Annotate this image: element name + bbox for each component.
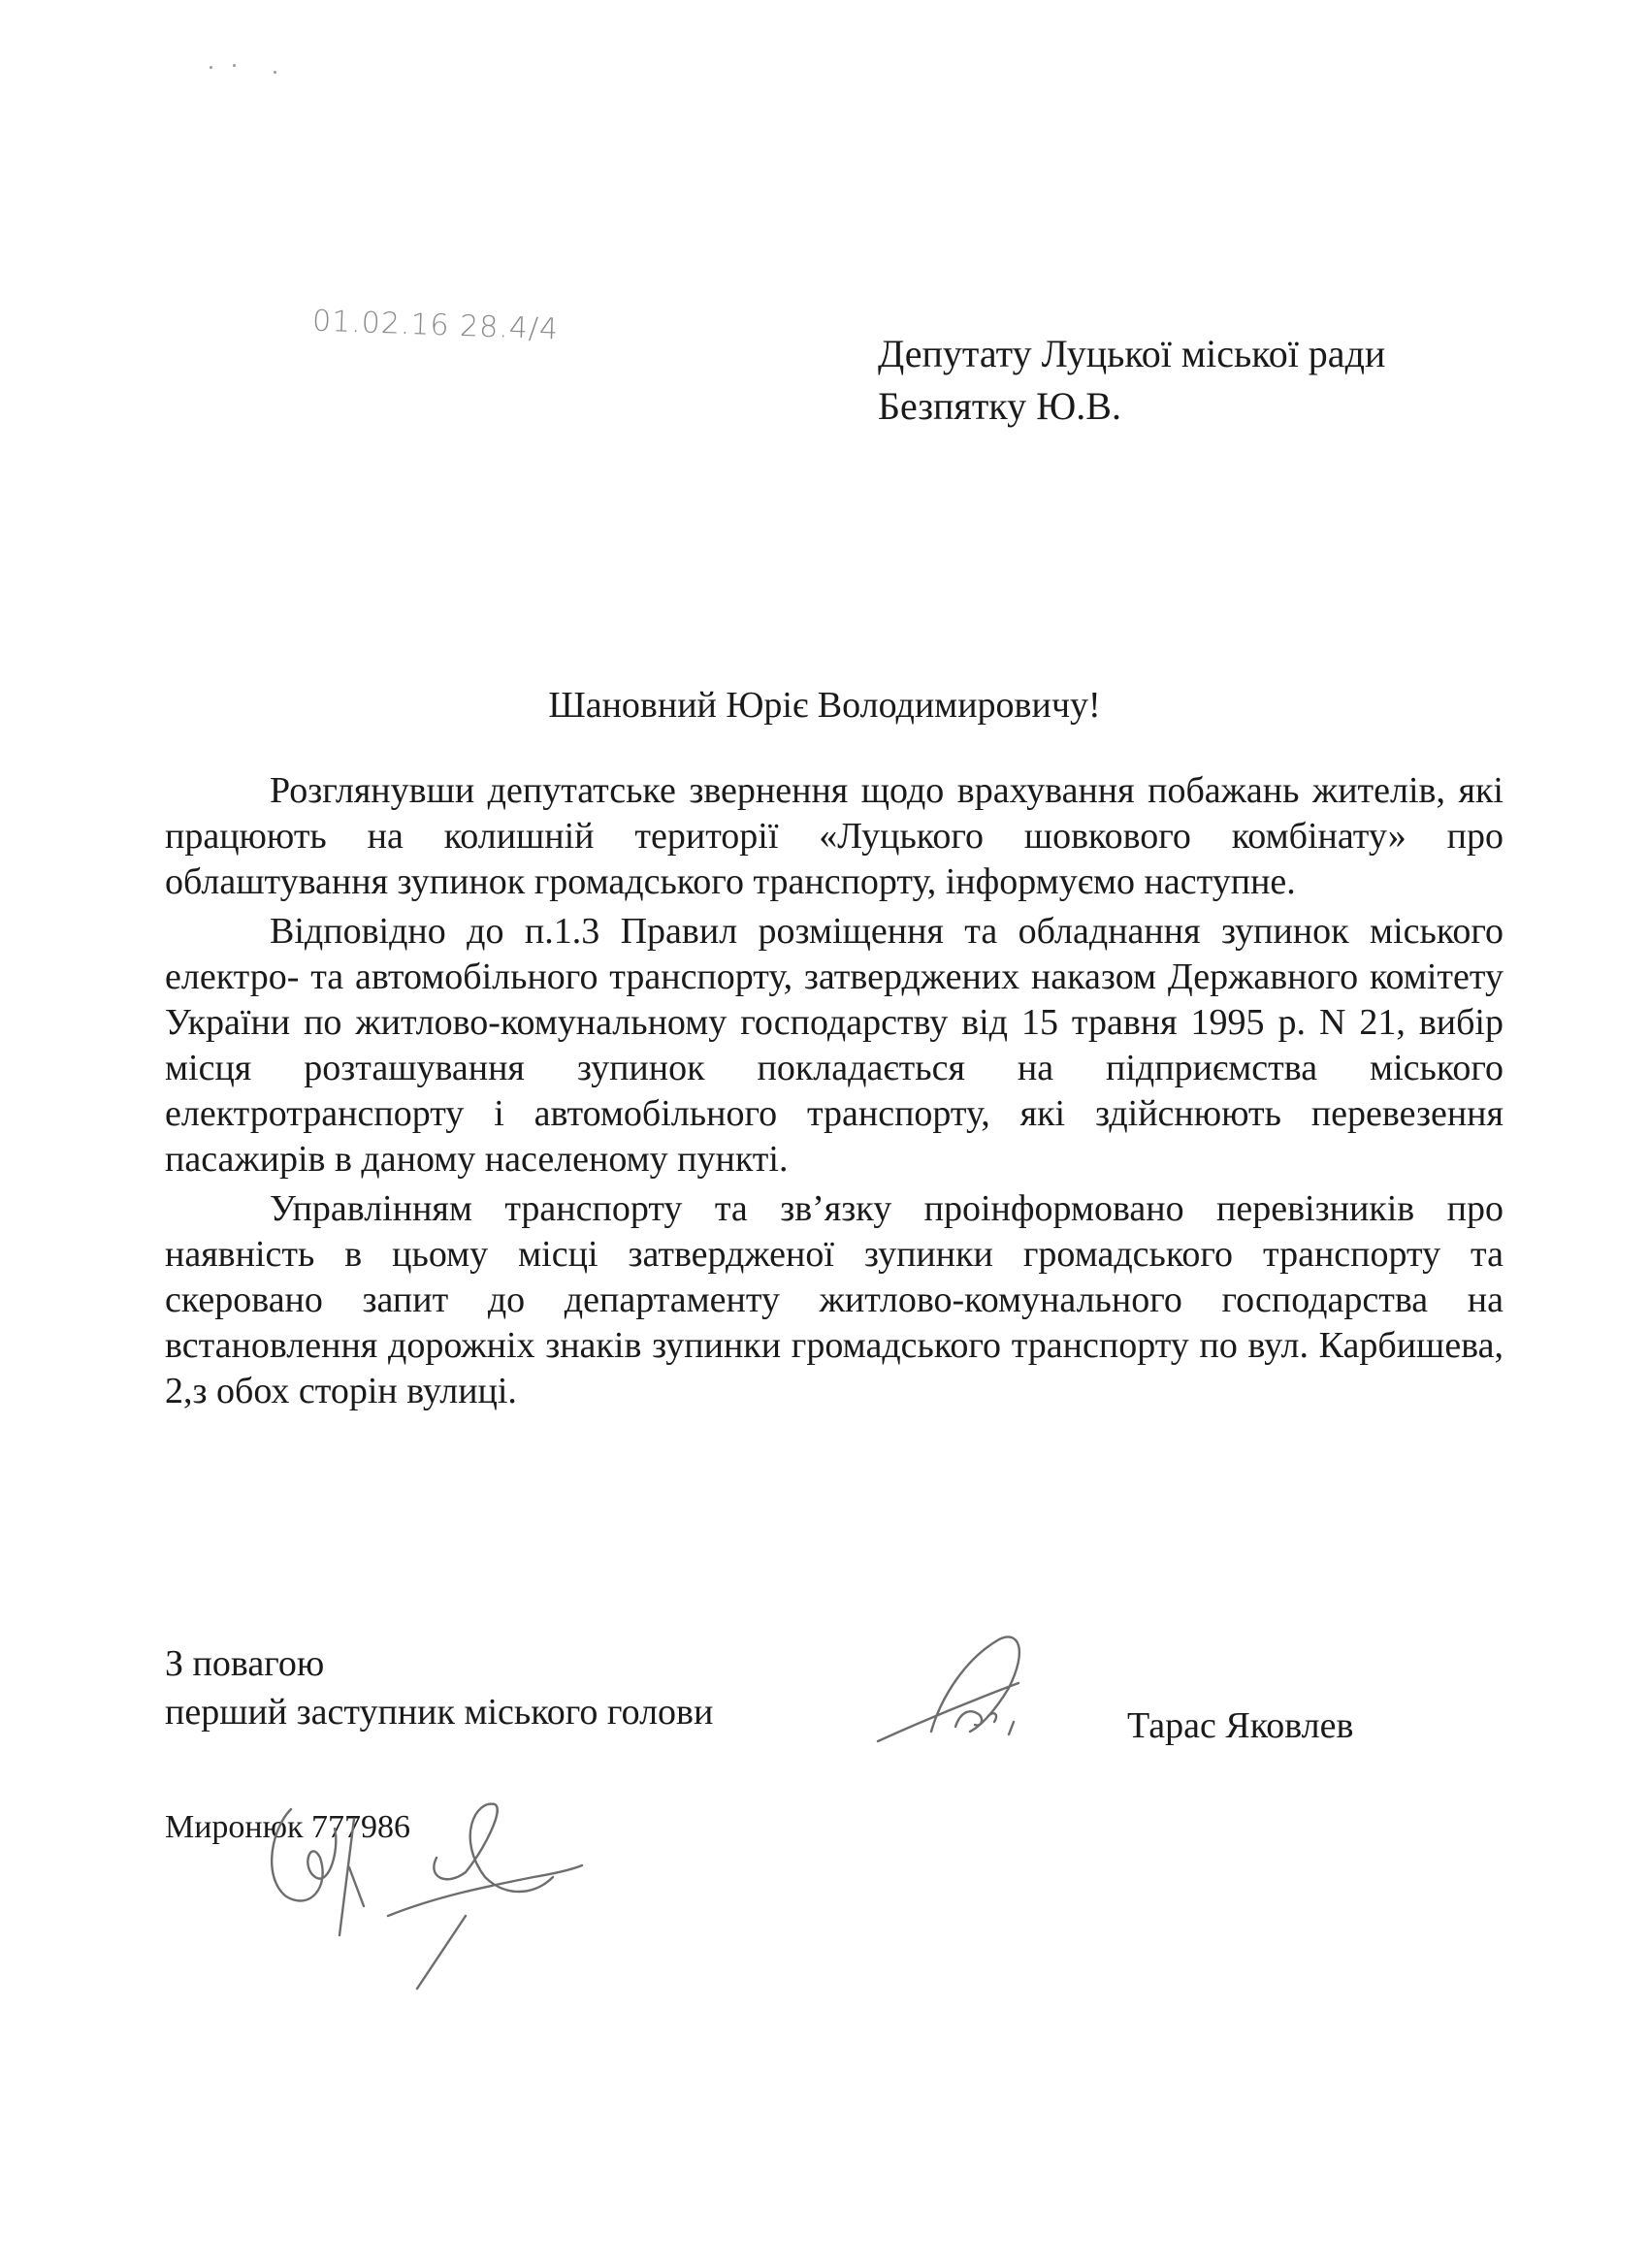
scan-speck (210, 66, 212, 69)
approval-signatures (194, 1799, 776, 1993)
letter-body: Розглянувши депутатське звернення щодо в… (165, 768, 1503, 1418)
addressee-line-2: Безпятку Ю.В. (878, 380, 1385, 433)
letter-page: 01.02.16 28.4/4 Депутату Луцької міської… (0, 0, 1649, 2268)
salutation: Шановний Юріє Володимировичу! (0, 681, 1649, 729)
paragraph-1: Розглянувши депутатське звернення щодо в… (165, 768, 1503, 905)
closing-regards: З повагою (165, 1639, 713, 1688)
scan-speck (274, 71, 276, 74)
paragraph-2: Відповідно до п.1.3 Правил розміщення та… (165, 909, 1503, 1183)
registration-mark: 01.02.16 28.4/4 (311, 305, 559, 347)
signer-name: Тарас Яковлев (1127, 1701, 1353, 1750)
closing-block: З повагою перший заступник міського голо… (165, 1639, 713, 1736)
paragraph-3: Управлінням транспорту та зв’язку проінф… (165, 1186, 1503, 1414)
scan-speck (233, 64, 236, 67)
signer-title: перший заступник міського голови (165, 1688, 713, 1736)
addressee-block: Депутату Луцької міської ради Безпятку Ю… (878, 328, 1385, 433)
signature-mark (873, 1630, 1125, 1756)
addressee-line-1: Депутату Луцької міської ради (878, 328, 1385, 380)
